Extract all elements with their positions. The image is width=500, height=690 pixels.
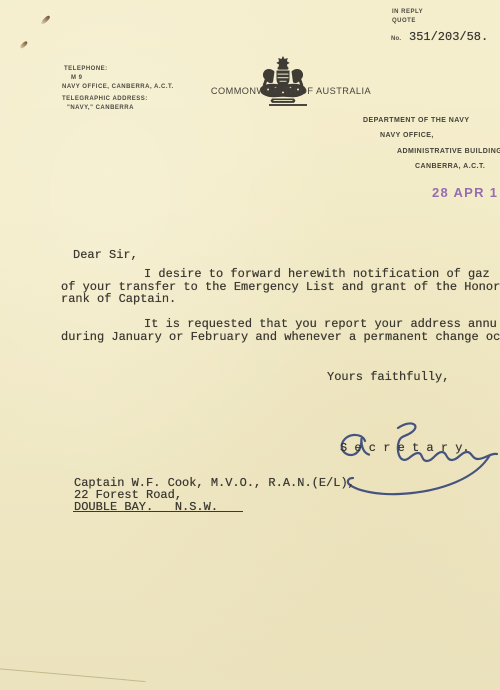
commonwealth-title: COMMONWEALTH OF AUSTRALIA [205, 87, 377, 96]
letter-page: IN REPLY QUOTE No. 351/203/58. TELEPHONE… [0, 0, 500, 690]
body-line: I desire to forward herewith notificatio… [144, 268, 490, 280]
telephone-label: TELEPHONE: [64, 66, 108, 72]
telephone-number: M 9 [71, 75, 83, 81]
department-line: NAVY OFFICE, [380, 132, 434, 139]
salutation: Dear Sir, [73, 249, 138, 261]
paper-crease [0, 668, 145, 682]
department-line: CANBERRA, A.C.T. [415, 163, 485, 170]
ink-speck [19, 40, 28, 49]
closing: Yours faithfully, [327, 371, 449, 383]
telegraphic-label: TELEGRAPHIC ADDRESS: [62, 96, 148, 102]
signature-ink [318, 383, 500, 535]
date-stamp: 28 APR 1 [432, 186, 498, 199]
recipient-underline [73, 511, 243, 512]
signer-title: S e c r e t a r y. [340, 442, 470, 454]
body-line: during January or February and whenever … [61, 331, 500, 343]
body-line: It is requested that you report your add… [144, 318, 497, 330]
telegraphic-value: "NAVY," CANBERRA [67, 105, 134, 111]
coat-of-arms-icon [256, 24, 310, 136]
ink-speck [40, 15, 51, 25]
quote-label: QUOTE [392, 18, 416, 24]
body-line: rank of Captain. [61, 293, 176, 305]
in-reply-label: IN REPLY [392, 9, 423, 15]
no-label: No. [391, 36, 401, 42]
heading-rule [269, 104, 307, 106]
file-number: 351/203/58. [409, 31, 488, 43]
department-line: DEPARTMENT OF THE NAVY [363, 117, 469, 124]
telephone-office: NAVY OFFICE, CANBERRA, A.C.T. [62, 84, 174, 90]
department-line: ADMINISTRATIVE BUILDING, [397, 148, 500, 155]
